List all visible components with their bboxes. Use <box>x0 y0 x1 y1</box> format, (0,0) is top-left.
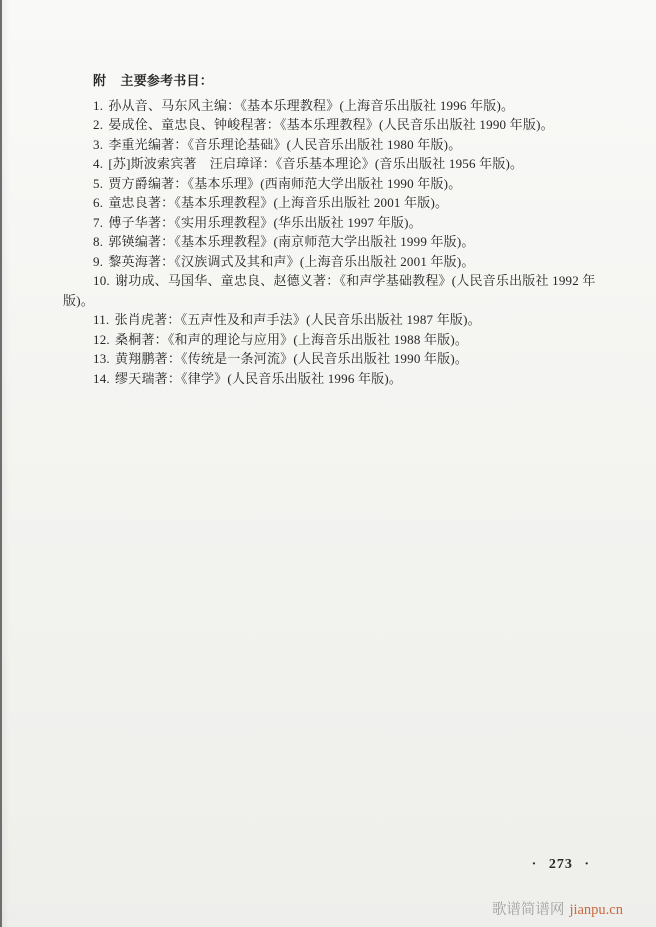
bibliography-item-number: 4. <box>93 156 103 171</box>
bibliography-item-text: 孙从音、马东风主编：《基本乐理教程》(上海音乐出版社 1996 年版)。 <box>108 98 514 113</box>
bibliography-item: 9.黎英海著：《汉族调式及其和声》(上海音乐出版社 2001 年版)。 <box>63 252 600 272</box>
bibliography-item-number: 9. <box>93 254 103 269</box>
watermark-site-name: 歌谱简谱网 <box>492 902 565 918</box>
bibliography-item-number: 7. <box>93 215 103 230</box>
bibliography-item-number: 6. <box>93 195 103 210</box>
bibliography-item-number: 14. <box>93 371 110 386</box>
bibliography-item: 10.谢功成、马国华、童忠良、赵德义著：《和声学基础教程》(人民音乐出版社 19… <box>63 271 600 310</box>
bibliography-heading-title: 主要参考书目： <box>121 73 213 88</box>
bibliography-item-number: 1. <box>93 98 103 113</box>
bibliography-item-text: 张肖虎著：《五声性及和声手法》(人民音乐出版社 1987 年版)。 <box>115 312 481 327</box>
bibliography-item: 5.贾方爵编著：《基本乐理》(西南师范大学出版社 1990 年版)。 <box>63 174 600 194</box>
bibliography-item-text: 童忠良著：《基本乐理教程》(上海音乐出版社 2001 年版)。 <box>108 195 448 210</box>
bibliography-item: 8.郭锳编著：《基本乐理教程》(南京师范大学出版社 1999 年版)。 <box>63 232 600 252</box>
bibliography-heading: 附主要参考书目： <box>63 71 600 91</box>
bibliography-item-text: [苏]斯波索宾著 汪启璋译：《音乐基本理论》(音乐出版社 1956 年版)。 <box>108 156 523 171</box>
page-number: · 273 · <box>532 857 590 873</box>
bibliography-list: 1.孙从音、马东风主编：《基本乐理教程》(上海音乐出版社 1996 年版)。 2… <box>63 96 600 389</box>
bibliography-item-text: 贾方爵编著：《基本乐理》(西南师范大学出版社 1990 年版)。 <box>108 176 461 191</box>
bibliography-item-number: 5. <box>93 176 103 191</box>
bibliography-item-text: 桑桐著：《和声的理论与应用》(上海音乐出版社 1988 年版)。 <box>115 332 468 347</box>
bibliography-item-text: 黎英海著：《汉族调式及其和声》(上海音乐出版社 2001 年版)。 <box>108 254 474 269</box>
bibliography-section: 附主要参考书目： 1.孙从音、马东风主编：《基本乐理教程》(上海音乐出版社 19… <box>0 71 656 388</box>
bibliography-item: 6.童忠良著：《基本乐理教程》(上海音乐出版社 2001 年版)。 <box>63 193 600 213</box>
bibliography-item: 1.孙从音、马东风主编：《基本乐理教程》(上海音乐出版社 1996 年版)。 <box>63 96 600 116</box>
watermark: 歌谱简谱网jianpu.cn <box>492 898 623 919</box>
bibliography-heading-prefix: 附 <box>93 73 106 88</box>
bibliography-item-number: 2. <box>93 117 103 132</box>
bibliography-item: 3.李重光编著：《音乐理论基础》(人民音乐出版社 1980 年版)。 <box>63 135 600 155</box>
bibliography-item: 2.晏成佺、童忠良、钟峻程著：《基本乐理教程》(人民音乐出版社 1990 年版)… <box>63 115 600 135</box>
bibliography-item-text: 傅子华著：《实用乐理教程》(华乐出版社 1997 年版)。 <box>108 215 421 230</box>
bibliography-item-number: 11. <box>93 312 109 327</box>
bibliography-item: 11.张肖虎著：《五声性及和声手法》(人民音乐出版社 1987 年版)。 <box>63 310 600 330</box>
bibliography-item: 7.傅子华著：《实用乐理教程》(华乐出版社 1997 年版)。 <box>63 213 600 233</box>
bibliography-item-text: 郭锳编著：《基本乐理教程》(南京师范大学出版社 1999 年版)。 <box>108 234 474 249</box>
scanned-book-page: 附主要参考书目： 1.孙从音、马东风主编：《基本乐理教程》(上海音乐出版社 19… <box>0 0 656 927</box>
bibliography-item-text: 缪天瑞著：《律学》(人民音乐出版社 1996 年版)。 <box>115 371 402 386</box>
bibliography-item-number: 3. <box>93 137 103 152</box>
bibliography-item: 13.黄翔鹏著：《传统是一条河流》(人民音乐出版社 1990 年版)。 <box>63 349 600 369</box>
bibliography-item: 14.缪天瑞著：《律学》(人民音乐出版社 1996 年版)。 <box>63 369 600 389</box>
bibliography-item-text: 李重光编著：《音乐理论基础》(人民音乐出版社 1980 年版)。 <box>108 137 461 152</box>
bibliography-item-text: 黄翔鹏著：《传统是一条河流》(人民音乐出版社 1990 年版)。 <box>115 351 468 366</box>
bibliography-item-number: 8. <box>93 234 103 249</box>
bibliography-item-text: 晏成佺、童忠良、钟峻程著：《基本乐理教程》(人民音乐出版社 1990 年版)。 <box>108 117 553 132</box>
bibliography-item-number: 13. <box>93 351 110 366</box>
bibliography-item-number: 10. <box>93 273 110 288</box>
bibliography-item: 4.[苏]斯波索宾著 汪启璋译：《音乐基本理论》(音乐出版社 1956 年版)。 <box>63 154 600 174</box>
bibliography-item-text: 谢功成、马国华、童忠良、赵德义著：《和声学基础教程》(人民音乐出版社 1992 … <box>63 273 596 308</box>
watermark-site-url: jianpu.cn <box>569 902 623 918</box>
bibliography-item-number: 12. <box>93 332 110 347</box>
bibliography-item: 12.桑桐著：《和声的理论与应用》(上海音乐出版社 1988 年版)。 <box>63 330 600 350</box>
